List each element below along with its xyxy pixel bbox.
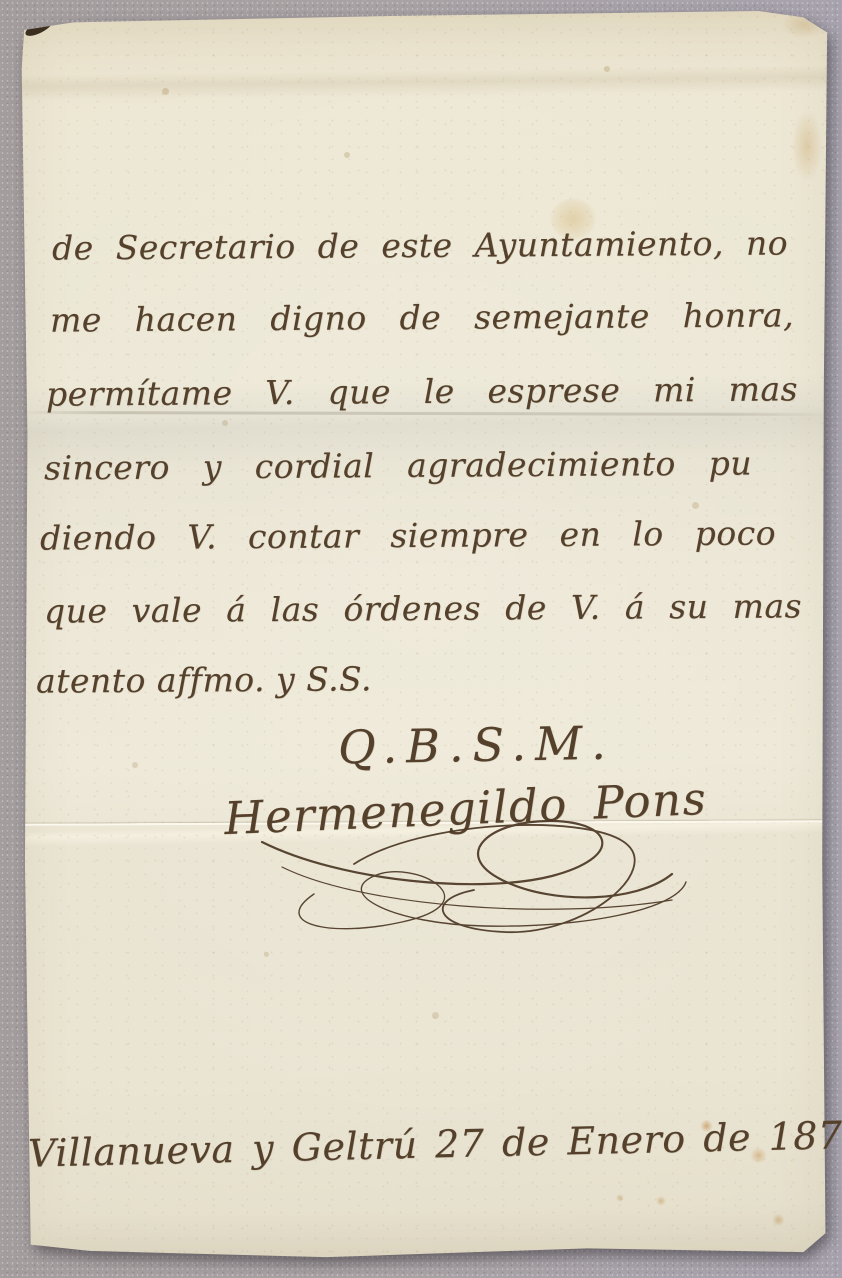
- foxing-spot: [344, 152, 350, 158]
- stain: [782, 12, 826, 38]
- foxing-spot: [132, 762, 138, 768]
- letter-paper: [16, 6, 832, 1266]
- foxing-spot: [432, 1012, 439, 1019]
- foxing-spot: [656, 1196, 666, 1206]
- manuscript-line-6: que vale á las órdenes de V. á su mas: [44, 586, 802, 630]
- foxing-spot: [162, 88, 169, 95]
- manuscript-line-7: atento affmo. y S.S.: [36, 658, 496, 700]
- foxing-spot: [772, 1214, 785, 1226]
- foxing-spot: [616, 1194, 624, 1202]
- foxing-spot: [604, 66, 610, 72]
- manuscript-line-2: me hacen digno de semejante honra,: [50, 295, 794, 339]
- manuscript-line-5: diendo V. contar siempre en lo poco: [40, 513, 776, 557]
- ink-blot-corner: [23, 16, 55, 39]
- foxing-spot: [692, 502, 699, 509]
- letter-sheet-wrap: [16, 6, 832, 1266]
- fold-crease-top: [16, 65, 832, 101]
- foxing-spot: [264, 952, 269, 957]
- manuscript-line-4: sincero y cordial agradecimiento pu: [44, 444, 752, 488]
- manuscript-line-1: de Secretario de este Ayuntamiento, no: [52, 223, 788, 267]
- manuscript-line-3: permítame V. que le esprese mi mas: [46, 369, 798, 413]
- stain: [792, 110, 822, 182]
- photo-backdrop: de Secretario de este Ayuntamiento, no m…: [0, 0, 842, 1278]
- valediction: Q.B.S.M.: [338, 716, 616, 775]
- foxing-spot: [222, 420, 228, 426]
